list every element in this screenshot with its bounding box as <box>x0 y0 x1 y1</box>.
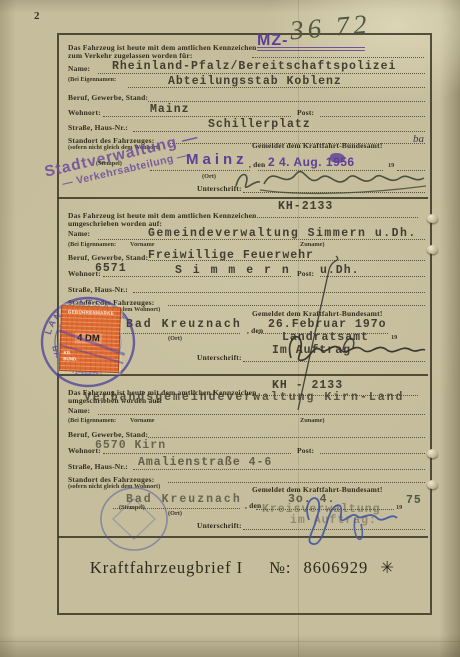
s3-strasse-label: Straße, Haus-Nr.: <box>68 463 128 471</box>
s3-eigennamen-label: (Bei Eigennamen: <box>68 418 116 424</box>
s3-name-value: Verbandsgemeindeverwaltung Kirn-Land <box>84 392 404 404</box>
s1-beruf-label: Beruf, Gewerbe, Stand: <box>68 94 148 102</box>
s3-vorname-label: Vorname <box>130 418 155 424</box>
s1-strasse-label: Straße, Haus-Nr.: <box>68 124 128 132</box>
s2-wohnort-value: S i m m e r n <box>175 265 291 277</box>
s2-plate-value: KH-2133 <box>278 201 333 213</box>
document-number: 8606929 <box>304 558 369 577</box>
s3-stempel-label: (Stempel) <box>119 505 145 511</box>
s2-zuname-label: Zuname) <box>300 242 325 248</box>
s1-post-dotted-line <box>320 116 425 117</box>
s2-fee-stamp-title: GEBÜHRENMARKE <box>62 309 120 316</box>
s1-wohnort-dotted-line <box>103 116 291 117</box>
s3-beruf-label: Beruf, Gewerbe, Stand: <box>68 431 148 439</box>
paper-crease-horizontal <box>0 641 460 642</box>
s1-ort-label: (Ort) <box>202 174 216 180</box>
s1-beruf-dotted-line <box>148 101 425 102</box>
s3-zuname-label: Zuname) <box>300 418 325 424</box>
document-title-line: Kraftfahrzeugbrief I№:8606929✳ <box>57 558 428 578</box>
s2-vorname-label: Vorname <box>130 242 155 248</box>
s3-faint-round-stamp <box>98 486 170 552</box>
s1-name-label: Name: <box>68 65 90 73</box>
s2-beruf-label: Beruf, Gewerbe, Stand: <box>68 254 148 262</box>
s3-ort-label: (Ort) <box>168 511 182 517</box>
s2-ort-label: (Ort) <box>168 336 182 342</box>
s2-name-label: Name: <box>68 230 90 238</box>
s2-fee-stamp-subtext: KR. BUND. <box>63 350 78 361</box>
s3-wohnort-dotted-line <box>103 453 291 454</box>
s1-margin-note-handwritten: ba <box>413 134 424 145</box>
s1-strasse-dotted-line <box>133 131 425 132</box>
s2-eigennamen-label: (Bei Eigennamen: <box>68 242 116 248</box>
scanned-vehicle-title-page: 2 Das Fahrzeug ist heute mit dem amtlich… <box>0 0 460 657</box>
s1-wohnort-value: Mainz <box>150 104 190 116</box>
s3-name-label: Name: <box>68 407 90 415</box>
s3-beruf-dotted-line <box>148 437 425 438</box>
s2-strasse-dotted-line <box>133 292 425 293</box>
document-number-label: №: <box>269 558 291 577</box>
binder-rivet <box>427 214 438 223</box>
s1-name-value-line2: Abteilungsstab Koblenz <box>168 76 342 88</box>
s1-stempel-label: (Stempel) <box>96 161 122 167</box>
s2-ort-value: Bad Kreuznach <box>126 319 242 331</box>
s3-standort-dotted-line <box>168 482 425 483</box>
s3-signature <box>297 486 402 558</box>
s2-name-value: Gemeindeverwaltung Simmern u.Dh. <box>148 228 417 240</box>
s3-post-dotted-line <box>320 453 425 454</box>
s3-year-value: 75 <box>406 495 422 507</box>
s2-fee-sub2: BUND. <box>63 356 77 362</box>
s3-strasse-dotted-line <box>133 469 425 470</box>
s1-wohnort-label: Wohnort: <box>68 109 101 117</box>
s2-beruf-dotted-line <box>148 260 425 261</box>
s1-strasse-value: Schillerplatz <box>208 119 311 131</box>
s2-strasse-label: Straße, Haus-Nr.: <box>68 286 128 294</box>
star-glyph: ✳ <box>380 558 395 577</box>
s1-plate-stamp-underline <box>257 47 365 51</box>
s1-name-value-line1: Rheinland-Pfalz/Bereitschaftspolizei <box>112 61 396 73</box>
s1-post-label: Post: <box>297 109 314 117</box>
page-number: 2 <box>34 10 40 22</box>
document-title: Kraftfahrzeugbrief I <box>90 558 243 577</box>
binder-rivet <box>427 480 438 489</box>
s3-plate-value: KH - 2133 <box>272 380 343 392</box>
s1-name-dotted-line <box>98 73 425 74</box>
s3-name-dotted-line <box>98 414 425 415</box>
s2-plate-dotted-line <box>252 217 418 218</box>
s3-wohnort-value: 6570 Kirn <box>95 440 166 452</box>
s1-gemeldet-label: Gemeldet dem Kraftfahrt-Bundesamt! <box>252 142 383 150</box>
s2-fee-revenue-stamp: GEBÜHRENMARKE 4 DM KR. BUND. <box>59 305 121 373</box>
s2-wohnort-dotted-line <box>103 276 291 277</box>
s3-unterschrift-label: Unterschrift: <box>197 522 242 530</box>
s3-post-label: Post: <box>297 447 314 455</box>
s1-eigennamen-label: (Bei Eigennamen: <box>68 77 116 83</box>
s2-den-label: , den <box>247 327 263 335</box>
s2-unterschrift-label: Unterschrift: <box>197 354 242 362</box>
s1-signature <box>230 160 430 198</box>
s1-plate-handwritten: 36 72 <box>289 11 372 45</box>
s1-registered-label-line2: zum Verkehr zugelassen worden für: <box>68 52 193 60</box>
binder-rivet <box>427 245 438 254</box>
binder-rivet <box>427 449 438 458</box>
s1-plate-dotted-line <box>252 57 424 58</box>
s2-plz-value: 6571 <box>95 263 127 275</box>
s3-strasse-value: Amalienstraße 4-6 <box>138 457 272 469</box>
